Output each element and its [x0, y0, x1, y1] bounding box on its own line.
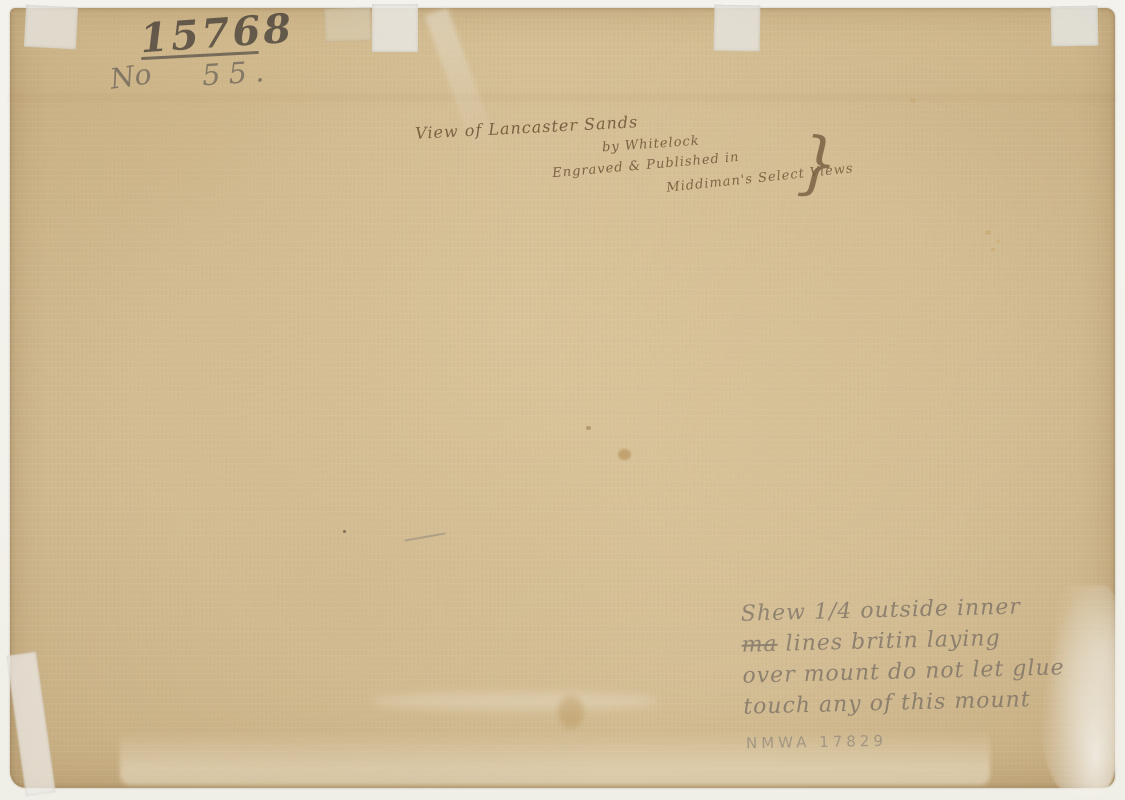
- tape-top-faint: [324, 7, 371, 42]
- tape-top-right-corner: [1051, 6, 1099, 47]
- scanned-artwork-verso: { "annotations": { "accession_number": "…: [0, 0, 1125, 800]
- tape-top-left: [24, 5, 78, 50]
- paper-crease: [10, 94, 1115, 101]
- conservation-pencil-note: Shew 1/4 outside inner ma lines britin l…: [740, 589, 1103, 722]
- aged-paper-sheet: 15768 No 55. View of Lancaster Sands by …: [10, 8, 1115, 788]
- brown-stain-bottom: [558, 696, 584, 728]
- dark-speck: [343, 530, 346, 533]
- numbering-value: 55.: [201, 54, 273, 93]
- tape-top-right-mid: [714, 5, 761, 52]
- ink-inscription-artist: by Whitelock: [602, 134, 701, 156]
- museum-accession-number: NMWA 17829: [746, 732, 887, 752]
- tape-top-center: [372, 4, 418, 52]
- freckle-spots: [985, 230, 991, 235]
- fox-stain-small: [586, 426, 591, 430]
- fox-stain: [618, 449, 631, 460]
- scratch-mark: [404, 532, 446, 541]
- numbering-prefix: No: [108, 57, 154, 95]
- ink-inscription-title: View of Lancaster Sands: [415, 112, 639, 143]
- pencil-note-line2-rest: lines britin laying: [777, 626, 1001, 657]
- struck-word: ma: [741, 632, 778, 658]
- wear-streak: [370, 692, 660, 710]
- faint-spot-top-right: [910, 98, 916, 103]
- ink-curly-brace: }: [795, 121, 840, 204]
- tape-bottom-left: [6, 652, 55, 797]
